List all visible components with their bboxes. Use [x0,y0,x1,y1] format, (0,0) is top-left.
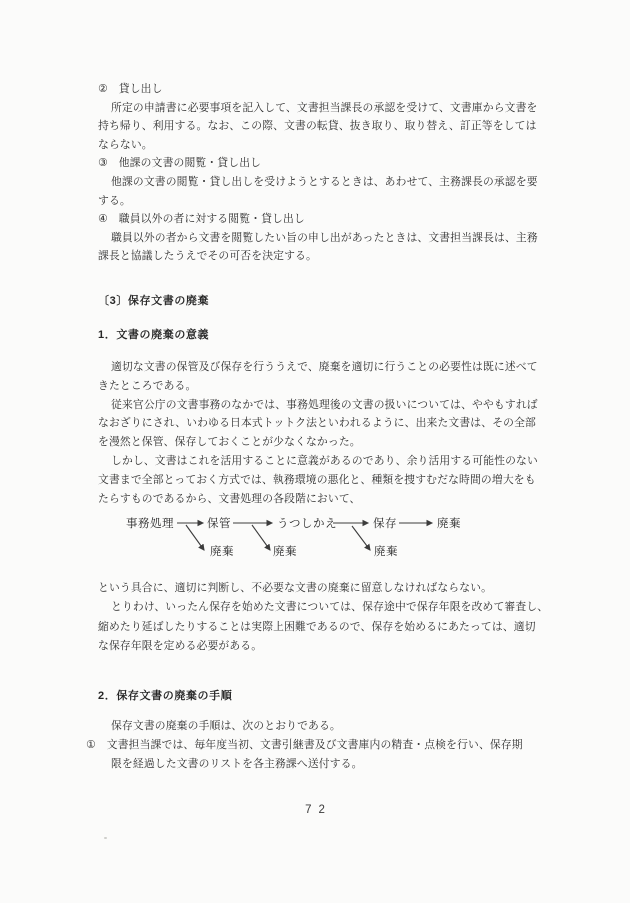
text-line: 職員以外の者から文書を閲覧したい旨の申し出があったときは、文書担当課長は、主務 [98,229,540,248]
text-line: しかし、文書はこれを活用することに意義があるのであり、余り活用する可能性のない [98,452,540,471]
text-line: ① 文書担当課では、毎年度当初、文書引継書及び文書庫内の精査・点検を行い、保存期 [86,736,540,755]
text-line: 持ち帰り、利用する。なお、この際、文書の転貸、抜き取り、取り替え、訂正等をしては [98,117,540,136]
text-line: ならない。 [98,136,540,155]
text-line: という具合に、適切に判断し、不必要な文書の廃棄に留意しなければならない。 [98,579,540,598]
text-line: を漫然と保管、保存しておくことが少なくなかった。 [98,433,540,452]
text-line: ② 貸し出し [98,80,540,99]
text-line: 所定の申請書に必要事項を記入して、文書担当課長の承認を受けて、文書庫から文書を [98,99,540,118]
flow-node-disposal-branch-2: 廃棄 [273,543,297,559]
lending-rules-paragraphs: ② 貸し出し所定の申請書に必要事項を記入して、文書担当課長の承認を受けて、文書庫… [98,80,540,266]
subsection-1-heading: 1．文書の廃棄の意義 [98,326,209,342]
text-line: 適切な文書の保管及び保存を行ううえで、廃棄を適切に行うことの必要性は既に述べて [98,358,540,377]
text-line: 他課の文書の閲覧・貸し出しを受けようとするときは、あわせて、主務課長の承認を要 [98,173,540,192]
flow-node-processing: 事務処理 [126,515,174,531]
scan-speck [104,837,107,839]
text-line: 文書まで全部とっておく方式では、執務環境の悪化と、種類を捜すむだな時間の増大をも [98,471,540,490]
text-line: 従来官公庁の文書事務のなかでは、事務処理後の文書の扱いについては、ややもすれば [98,396,540,415]
text-line: きたところである。 [98,377,540,396]
disposal-meaning-paragraph: 適切な文書の保管及び保存を行ううえで、廃棄を適切に行うことの必要性は既に述べてき… [98,358,540,508]
section-3-heading: 〔3〕保存文書の廃棄 [98,292,209,308]
document-page: ② 貸し出し所定の申請書に必要事項を記入して、文書担当課長の承認を受けて、文書庫… [0,0,630,903]
flow-node-transfer: うつしかえ [277,515,337,531]
text-line: ④ 職員以外の者に対する閲覧・貸し出し [98,210,540,229]
flow-node-disposal-branch-3: 廃棄 [374,543,398,559]
disposal-procedure-paragraph: 保存文書の廃棄の手順は、次のとおりである。① 文書担当課では、毎年度当初、文書引… [98,717,540,774]
text-line: たらすものであるから、文書処理の各段階において、 [98,490,540,509]
text-line: ③ 他課の文書の閲覧・貸し出し [98,154,540,173]
text-line: 課長と協議したうえでその可否を決定する。 [98,247,540,266]
subsection-2-heading: 2．保存文書の廃棄の手順 [98,687,232,703]
text-line: する。 [98,192,540,211]
flow-node-disposal-branch-1: 廃棄 [210,543,234,559]
text-line: な保存年限を定める必要がある。 [98,637,540,656]
flow-node-storage: 保管 [207,515,231,531]
text-line: なおざりにされ、いわゆる日本式トットク法といわれるように、出来た文書は、その全部 [98,414,540,433]
disposal-judgement-paragraph: という具合に、適切に判断し、不必要な文書の廃棄に留意しなければならない。とりわけ… [98,579,540,657]
flow-node-disposal-final: 廃棄 [437,515,461,531]
flow-node-preservation: 保存 [373,515,397,531]
text-line: 保存文書の廃棄の手順は、次のとおりである。 [98,717,540,736]
text-line: 縮めたり延ばしたりすることは実際上困難であるので、保存を始めるにあたっては、適切 [98,618,540,637]
text-line: 限を経過した文書のリストを各主務課へ送付する。 [98,755,540,774]
text-line: とりわけ、いったん保存を始めた文書については、保存途中で保存年限を改めて審査し、 [98,598,540,617]
page-number: 72 [0,804,630,816]
